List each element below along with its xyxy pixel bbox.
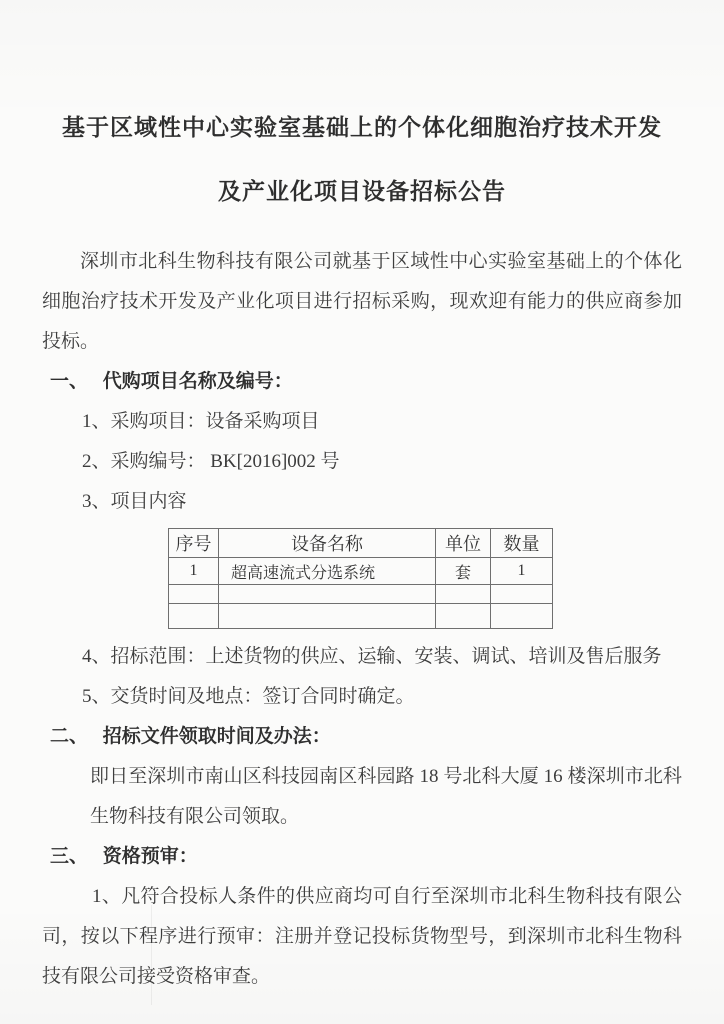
cell-quantity: 1 [491, 558, 553, 585]
cell-unit [436, 604, 491, 629]
intro-paragraph: 深圳市北科生物科技有限公司就基于区域性中心实验室基础上的个体化细胞治疗技术开发及… [42, 242, 682, 362]
table-row-empty [169, 604, 553, 629]
cell-equipment-name: 超高速流式分选系统 [219, 558, 436, 585]
section-1-item-procurement-project: 1、采购项目：设备采购项目 [42, 402, 682, 442]
section-1-item-delivery: 5、交货时间及地点：签订合同时确定。 [42, 677, 682, 717]
section-1-item-project-content: 3、项目内容 [42, 482, 682, 522]
table-header-serial: 序号 [169, 529, 219, 558]
section-3-title: 资格预审： [103, 846, 198, 867]
table-header-equipment-name: 设备名称 [219, 529, 436, 558]
cell-serial [169, 585, 219, 604]
section-1-title: 代购项目名称及编号： [103, 371, 293, 392]
section-2-heading: 二、 招标文件领取时间及办法： [42, 717, 682, 757]
section-1-heading: 一、 代购项目名称及编号： [42, 362, 682, 402]
section-2-title: 招标文件领取时间及办法： [103, 726, 331, 747]
document-title: 基于区域性中心实验室基础上的个体化细胞治疗技术开发 及产业化项目设备招标公告 [42, 96, 682, 224]
document-page: 基于区域性中心实验室基础上的个体化细胞治疗技术开发 及产业化项目设备招标公告 深… [0, 0, 724, 1024]
table-header-unit: 单位 [436, 529, 491, 558]
cell-equipment-name [219, 604, 436, 629]
section-3-body: 1、凡符合投标人条件的供应商均可自行至深圳市北科生物科技有限公司，按以下程序进行… [42, 877, 682, 997]
cell-serial [169, 604, 219, 629]
section-3-number: 三、 [50, 837, 98, 877]
section-1-number: 一、 [50, 362, 98, 402]
cell-serial: 1 [169, 558, 219, 585]
equipment-table: 序号 设备名称 单位 数量 1 超高速流式分选系统 套 1 [168, 528, 553, 629]
section-1-item-tender-scope: 4、招标范围：上述货物的供应、运输、安装、调试、培训及售后服务 [42, 637, 682, 677]
section-2-number: 二、 [50, 717, 98, 757]
section-1-item-procurement-number: 2、采购编号： BK[2016]002 号 [42, 442, 682, 482]
table-row-empty [169, 585, 553, 604]
cell-unit [436, 585, 491, 604]
table-header-quantity: 数量 [491, 529, 553, 558]
section-3-heading: 三、 资格预审： [42, 837, 682, 877]
table-row: 1 超高速流式分选系统 套 1 [169, 558, 553, 585]
scan-artifact-line [151, 905, 152, 1005]
cell-quantity [491, 604, 553, 629]
section-2-body: 即日至深圳市南山区科技园南区科园路 18 号北科大厦 16 楼深圳市北科生物科技… [90, 757, 682, 837]
table-header-row: 序号 设备名称 单位 数量 [169, 529, 553, 558]
cell-quantity [491, 585, 553, 604]
title-line-2: 及产业化项目设备招标公告 [42, 160, 682, 224]
cell-unit: 套 [436, 558, 491, 585]
cell-equipment-name [219, 585, 436, 604]
title-line-1: 基于区域性中心实验室基础上的个体化细胞治疗技术开发 [42, 96, 682, 160]
